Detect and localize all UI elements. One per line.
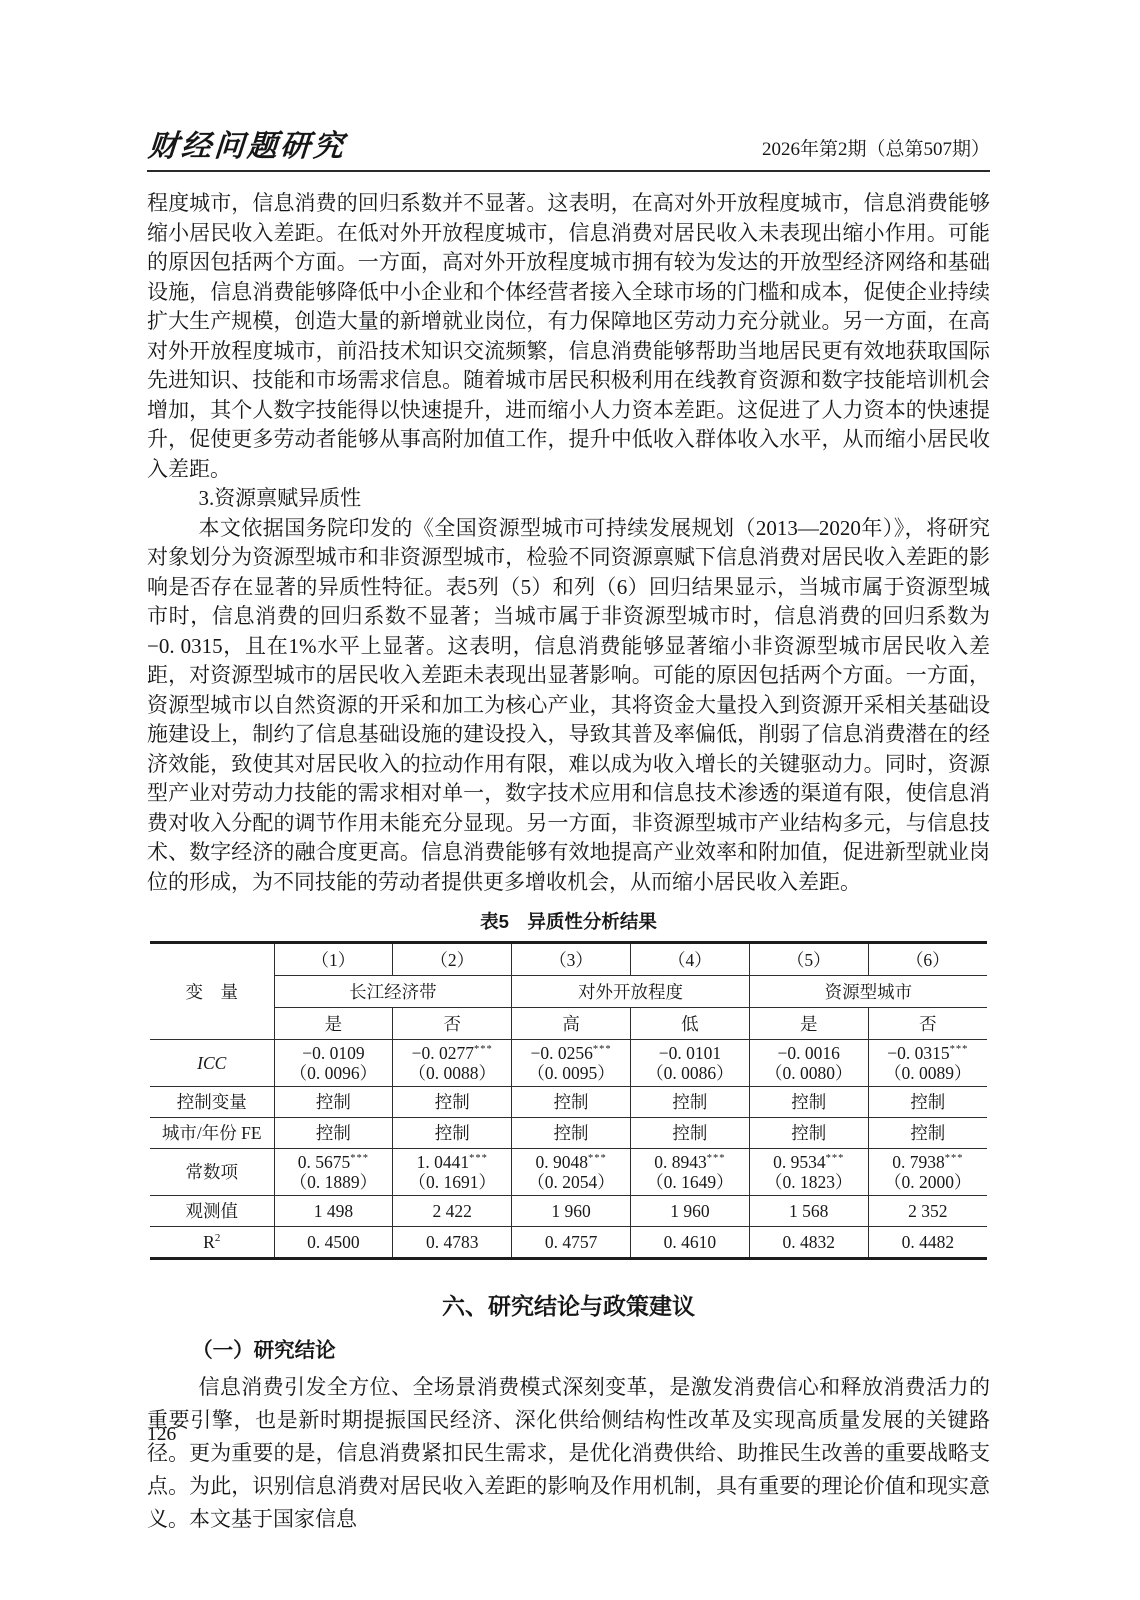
col-header-5: （5）: [749, 943, 868, 976]
value-cell: 控制: [393, 1118, 512, 1149]
issue-info: 2026年第2期（总第507期）: [762, 136, 990, 164]
table-caption: 表5异质性分析结果: [147, 909, 990, 934]
standard-error: （0. 0095）: [527, 1063, 615, 1083]
subheader-cell: 否: [868, 1008, 987, 1040]
standard-error: （0. 2054）: [527, 1172, 615, 1192]
section-heading: 六、研究结论与政策建议: [147, 1291, 990, 1321]
body-paragraph-2: 3.资源禀赋异质性: [147, 484, 990, 514]
significance-stars: ***: [826, 1153, 845, 1164]
significance-stars: ***: [945, 1153, 964, 1164]
group-header-yangtze: 长江经济带: [274, 976, 512, 1008]
value-cell: 0. 4783: [393, 1227, 512, 1259]
value-cell: 控制: [512, 1118, 631, 1149]
table-header-row-numbers: 变 量 （1） （2） （3） （4） （5） （6）: [150, 943, 987, 976]
value-cell: 1 498: [274, 1196, 393, 1227]
coef-cell: −0. 0101（0. 0086）: [630, 1040, 749, 1087]
value-cell: 控制: [868, 1087, 987, 1118]
significance-stars: ***: [950, 1044, 969, 1055]
value-cell: 控制: [630, 1087, 749, 1118]
value-cell: 控制: [868, 1118, 987, 1149]
value-cell: 0. 4832: [749, 1227, 868, 1259]
fixed-effects-row: 城市/年份 FE 控制 控制 控制 控制 控制 控制: [150, 1118, 987, 1149]
table-header-row-sub: 是 否 高 低 是 否: [150, 1008, 987, 1040]
constant-row: 常数项 0. 5675***（0. 1889） 1. 0441***（0. 16…: [150, 1149, 987, 1196]
value-cell: 控制: [749, 1118, 868, 1149]
col-header-6: （6）: [868, 943, 987, 976]
significance-stars: ***: [469, 1153, 488, 1164]
value-cell: 1 568: [749, 1196, 868, 1227]
table-caption-title: 异质性分析结果: [527, 911, 657, 932]
r-squared-exponent: 2: [215, 1232, 221, 1244]
coef-cell: 0. 8943***（0. 1649）: [630, 1149, 749, 1196]
results-table: 变 量 （1） （2） （3） （4） （5） （6） 长江经济带 对外开放程度…: [150, 941, 987, 1260]
value-cell: 控制: [393, 1087, 512, 1118]
row-label-icc: ICC: [150, 1040, 274, 1087]
value-cell: 0. 4610: [630, 1227, 749, 1259]
controls-row: 控制变量 控制 控制 控制 控制 控制 控制: [150, 1087, 987, 1118]
standard-error: （0. 1823）: [765, 1172, 853, 1192]
value-cell: 1 960: [630, 1196, 749, 1227]
value-cell: 控制: [512, 1087, 631, 1118]
value-cell: 0. 4482: [868, 1227, 987, 1259]
value-cell: 2 422: [393, 1196, 512, 1227]
body-paragraph-3: 本文依据国务院印发的《全国资源型城市可持续发展规划（2013—2020年）》，将…: [147, 514, 990, 898]
standard-error: （0. 0086）: [646, 1063, 734, 1083]
significance-stars: ***: [588, 1153, 607, 1164]
value-cell: 0. 4757: [512, 1227, 631, 1259]
row-label-constant: 常数项: [150, 1149, 274, 1196]
standard-error: （0. 0080）: [765, 1063, 853, 1083]
col-header-1: （1）: [274, 943, 393, 976]
journal-header: 财经问题研究 2026年第2期（总第507期）: [147, 130, 990, 172]
subheader-cell: 低: [630, 1008, 749, 1040]
coef-cell: 0. 5675***（0. 1889）: [274, 1149, 393, 1196]
group-header-resource: 资源型城市: [749, 976, 987, 1008]
paper-page: 财经问题研究 2026年第2期（总第507期） 程度城市，信息消费的回归系数并不…: [0, 0, 1140, 1600]
coef-cell: 1. 0441***（0. 1691）: [393, 1149, 512, 1196]
significance-stars: ***: [474, 1044, 493, 1055]
coef-cell: −0. 0277***（0. 0088）: [393, 1040, 512, 1087]
journal-logo: 财经问题研究: [147, 130, 347, 164]
subheader-cell: 是: [274, 1008, 393, 1040]
subheader-cell: 是: [749, 1008, 868, 1040]
icc-variable-name: ICC: [197, 1053, 226, 1073]
value-cell: 2 352: [868, 1196, 987, 1227]
significance-stars: ***: [707, 1153, 726, 1164]
row-label-observations: 观测值: [150, 1196, 274, 1227]
value-cell: 0. 4500: [274, 1227, 393, 1259]
body-paragraph-1: 程度城市，信息消费的回归系数并不显著。这表明，在高对外开放程度城市，信息消费能够…: [147, 189, 990, 484]
standard-error: （0. 1691）: [408, 1172, 496, 1192]
value-cell: 控制: [630, 1118, 749, 1149]
significance-stars: ***: [593, 1044, 612, 1055]
row-label-r-squared: R2: [150, 1227, 274, 1259]
standard-error: （0. 1649）: [646, 1172, 734, 1192]
row-label-fe: 城市/年份 FE: [150, 1118, 274, 1149]
subheader-cell: 高: [512, 1008, 631, 1040]
row-label-controls: 控制变量: [150, 1087, 274, 1118]
standard-error: （0. 0088）: [408, 1063, 496, 1083]
value-cell: 控制: [749, 1087, 868, 1118]
subsection-heading: （一）研究结论: [147, 1337, 990, 1364]
table-caption-label: 表5: [480, 911, 509, 932]
standard-error: （0. 1889）: [290, 1172, 378, 1192]
coef-cell: −0. 0016（0. 0080）: [749, 1040, 868, 1087]
standard-error: （0. 0096）: [290, 1063, 378, 1083]
standard-error: （0. 2000）: [884, 1172, 972, 1192]
r-squared-row: R2 0. 4500 0. 4783 0. 4757 0. 4610 0. 48…: [150, 1227, 987, 1259]
section-paragraph-1: 信息消费引发全方位、全场景消费模式深刻变革，是激发消费信心和释放消费活力的重要引…: [147, 1371, 990, 1536]
coef-cell: 0. 7938***（0. 2000）: [868, 1149, 987, 1196]
coef-cell: 0. 9048***（0. 2054）: [512, 1149, 631, 1196]
coef-cell: 0. 9534***（0. 1823）: [749, 1149, 868, 1196]
col-header-2: （2）: [393, 943, 512, 976]
page-content: 财经问题研究 2026年第2期（总第507期） 程度城市，信息消费的回归系数并不…: [147, 130, 990, 1536]
coef-cell: −0. 0256***（0. 0095）: [512, 1040, 631, 1087]
group-header-openness: 对外开放程度: [512, 976, 750, 1008]
col-header-3: （3）: [512, 943, 631, 976]
icc-row: ICC −0. 0109（0. 0096） −0. 0277***（0. 008…: [150, 1040, 987, 1087]
table-header-row-groups: 长江经济带 对外开放程度 资源型城市: [150, 976, 987, 1008]
coef-cell: −0. 0109（0. 0096）: [274, 1040, 393, 1087]
variable-column-header: 变 量: [150, 943, 274, 1040]
subheader-cell: 否: [393, 1008, 512, 1040]
value-cell: 控制: [274, 1087, 393, 1118]
value-cell: 控制: [274, 1118, 393, 1149]
value-cell: 1 960: [512, 1196, 631, 1227]
observations-row: 观测值 1 498 2 422 1 960 1 960 1 568 2 352: [150, 1196, 987, 1227]
standard-error: （0. 0089）: [884, 1063, 972, 1083]
page-number: 126: [147, 1424, 176, 1446]
col-header-4: （4）: [630, 943, 749, 976]
coef-cell: −0. 0315***（0. 0089）: [868, 1040, 987, 1087]
significance-stars: ***: [350, 1153, 369, 1164]
